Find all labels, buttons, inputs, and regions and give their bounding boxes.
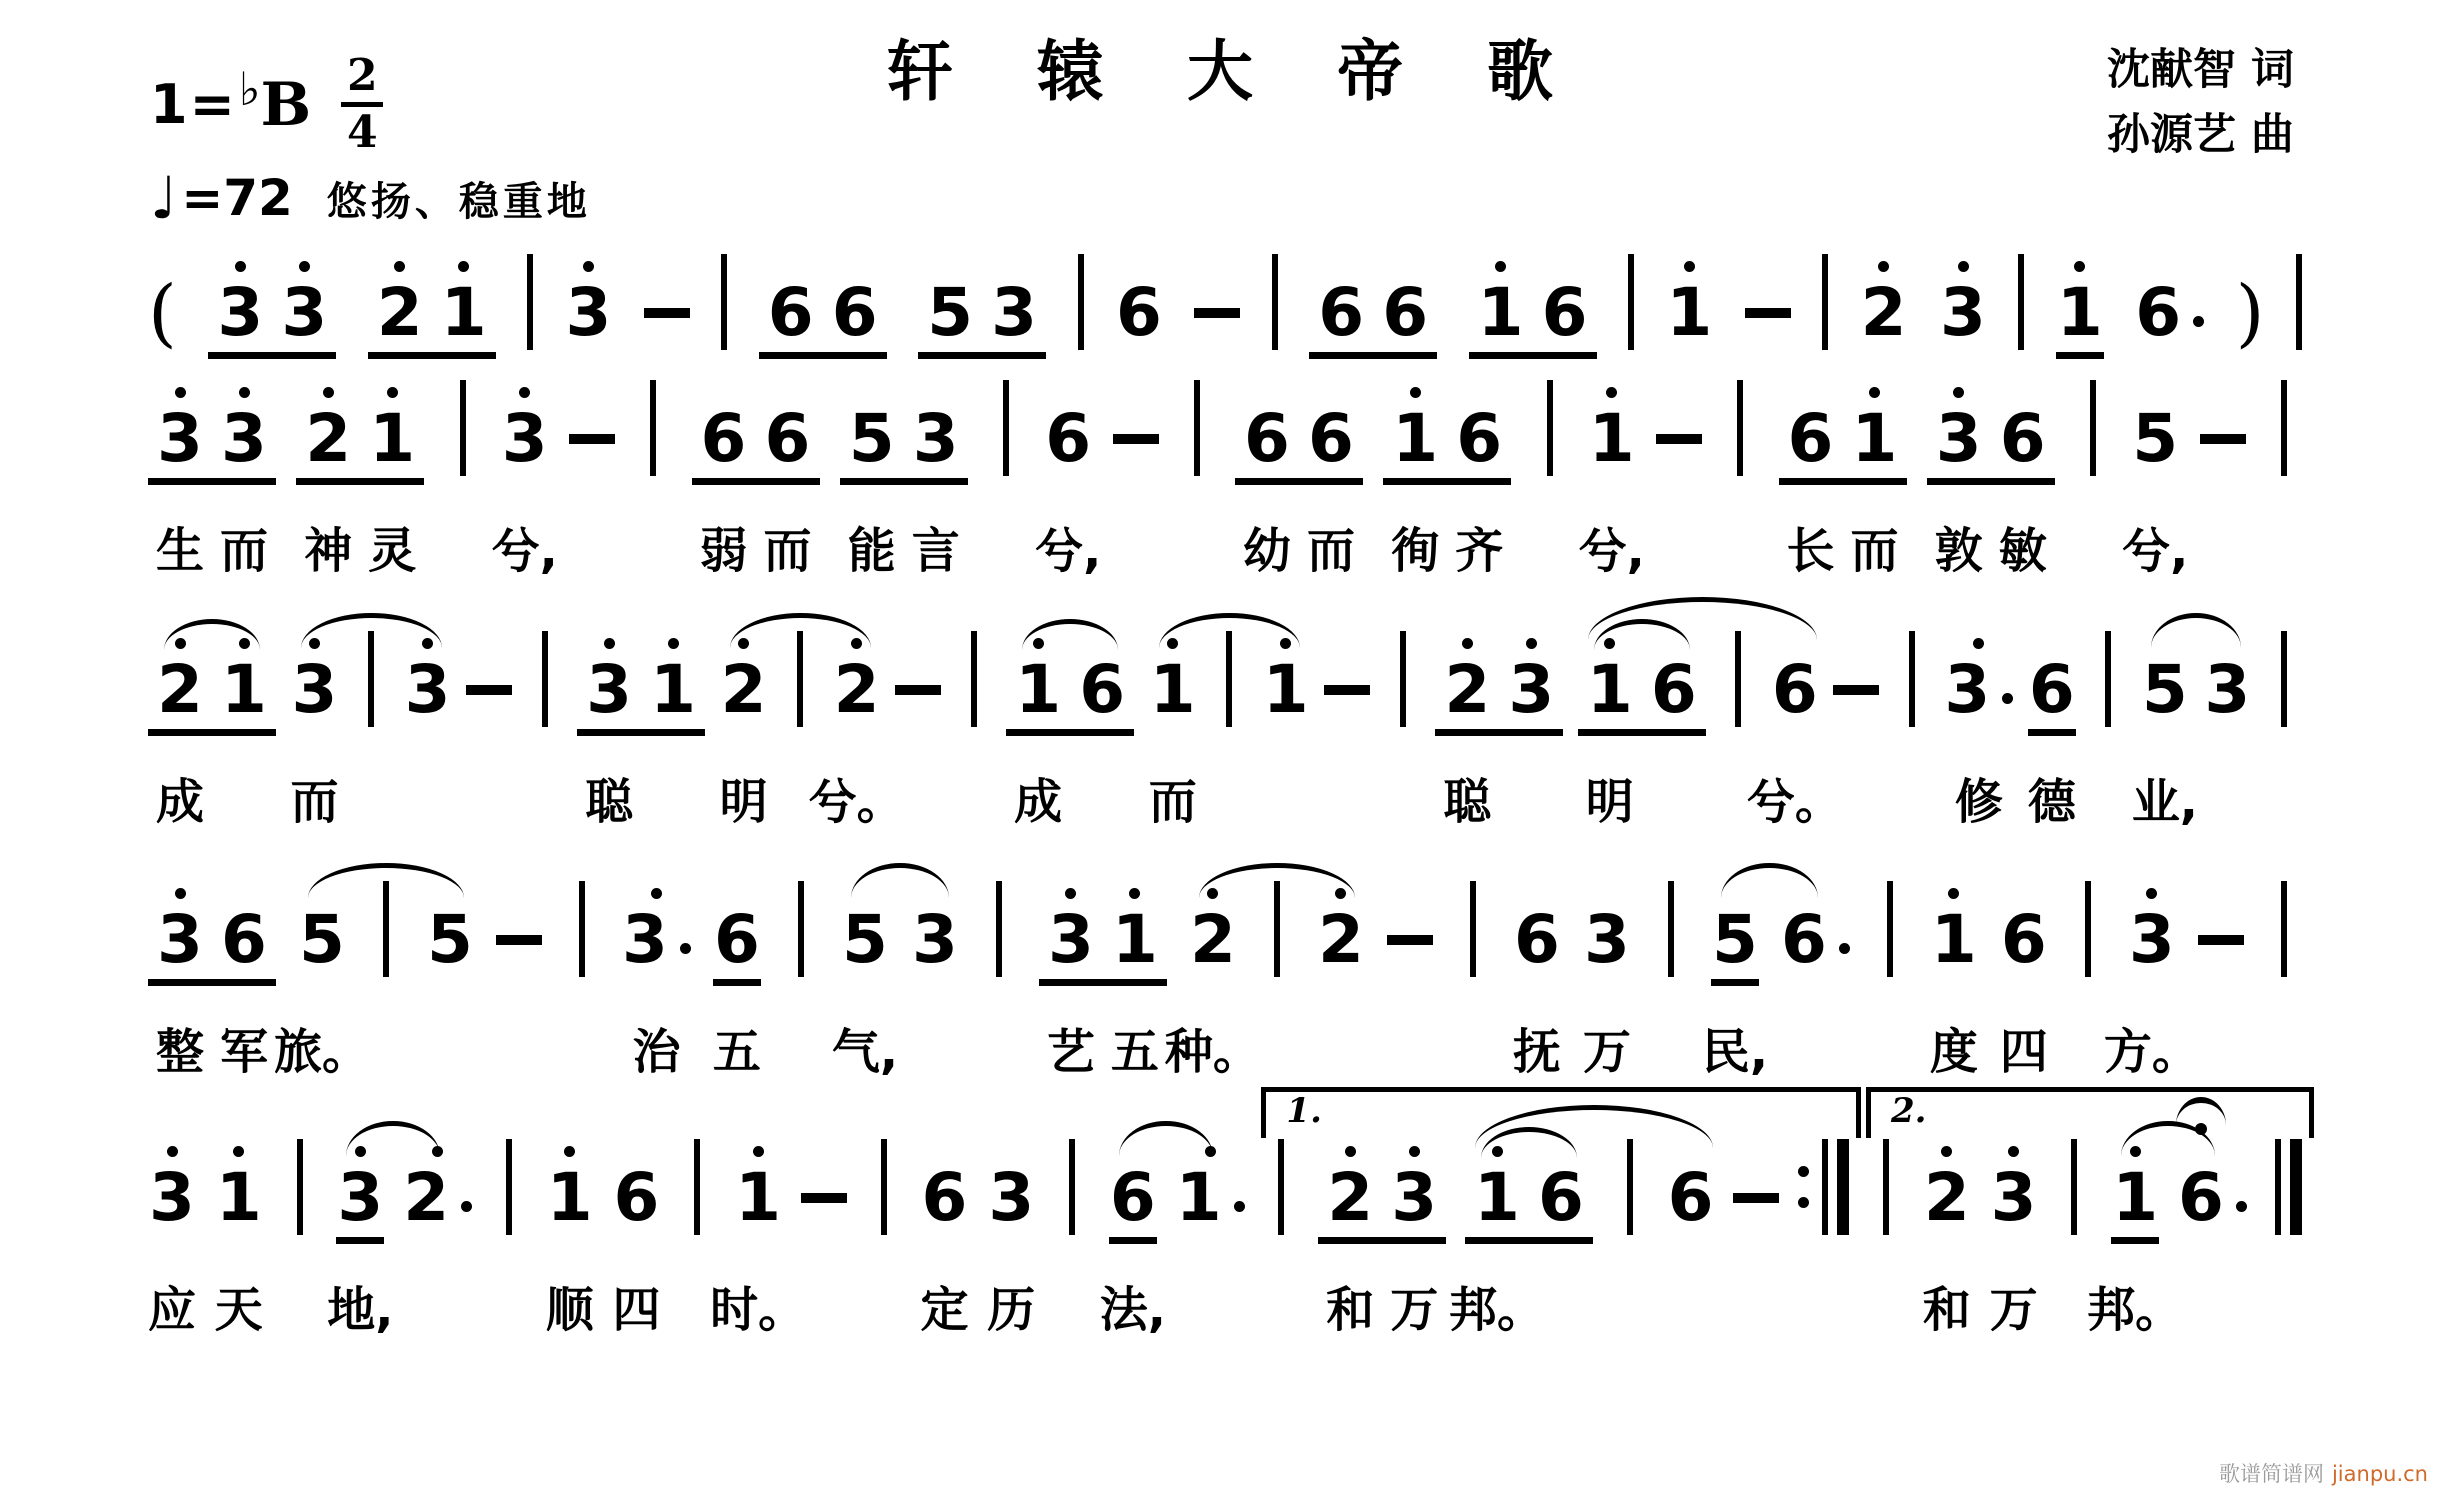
lyric-cell: 而 (291, 741, 339, 821)
note: 3历 (987, 1135, 1035, 1329)
octave-dot (1526, 638, 1537, 649)
dash-stroke (1194, 308, 1240, 318)
digit-row: 1 (1666, 276, 1712, 350)
group-note: 2 (1318, 1135, 1382, 1235)
note-digit: 3 (157, 903, 203, 977)
dash-stroke (801, 1193, 847, 1203)
lyric-cell: 五 (1103, 991, 1167, 1071)
note: 5气, (841, 877, 889, 1071)
lyric-cell (403, 1249, 472, 1329)
note-digit: 5 (2132, 402, 2178, 476)
digit-row: 6 (2000, 402, 2046, 476)
key-time-signature: 1= ♭ B 2 4 (150, 54, 383, 155)
lyric-syllable: 四 (613, 1271, 661, 1340)
lyric-cell: 种。 (1189, 991, 1237, 1071)
digit-row: 3 (157, 903, 203, 977)
lyric-cell: 四 (2000, 991, 2048, 1071)
octave-dot-zone (1606, 376, 1617, 402)
barline-stroke (721, 254, 727, 350)
lyric-cell: 而 (1299, 490, 1363, 570)
group-note: 3 (577, 627, 641, 727)
digit-row: 1 (650, 653, 696, 727)
note-digit: 3 (281, 276, 327, 350)
measure-row: 33生而21神灵3兮,66弱而53能言6兮,66幼而16徇齐1兮,61长而36敦… (148, 376, 2302, 570)
group-notes: 16 (1469, 250, 1597, 350)
group-note: 6 (759, 250, 823, 350)
note-digit: 2 (403, 1161, 449, 1235)
digit-row: 6 (614, 1161, 660, 1235)
octave-dot-zone (1878, 250, 1889, 276)
beam-zone (1435, 727, 1563, 741)
lyric-cell (1868, 1249, 1904, 1329)
note-digit: 1 (1392, 402, 1438, 476)
beamed-group: 23和万 (1318, 1135, 1446, 1329)
barline (1263, 1139, 1299, 1329)
slur-tie (1721, 863, 1818, 898)
note: 1兮, (1588, 376, 1636, 570)
lyric-cell: 成 (148, 741, 212, 821)
note-digit: 6 (832, 276, 878, 350)
digit-row: 6 (221, 903, 267, 977)
octave-dot (175, 888, 186, 899)
note-digit: 3 (292, 653, 338, 727)
lyric-cell (1387, 991, 1433, 1071)
note-digit: 6 (1788, 402, 1834, 476)
octave-dot (1129, 888, 1140, 899)
note-digit: 6 (1110, 1161, 1156, 1235)
digit-row: 6 (1542, 276, 1588, 350)
barline-stroke (1668, 881, 1674, 977)
group-note: 6 (692, 376, 756, 476)
note-digit: 6 (614, 1161, 660, 1235)
barline (1054, 1139, 1090, 1329)
octave-dot-zone (651, 877, 662, 903)
octave-dot-zone (2146, 877, 2157, 903)
dash-stroke (1656, 434, 1702, 444)
note-digit: 3 (502, 402, 548, 476)
lyric-cell (895, 741, 941, 821)
lyric-cell: 定 (921, 1249, 969, 1329)
note-digit: 1 (1852, 402, 1898, 476)
octave-dot (604, 638, 615, 649)
octave-dot (1495, 261, 1506, 272)
slur-tie (308, 863, 464, 898)
meter-denominator: 4 (347, 111, 378, 155)
note: 2明 (720, 627, 768, 821)
lyric-cell: 历 (987, 1249, 1035, 1329)
beam-underline (1465, 1237, 1593, 1244)
octave-dot (394, 261, 405, 272)
group-lyrics: 长而 (1779, 490, 1907, 570)
barline (1272, 254, 1278, 364)
lyric-cell: 方。 (2128, 991, 2176, 1071)
digit-row: 6 (2135, 276, 2204, 350)
lyric-cell: 而 (1149, 741, 1197, 821)
octave-dot-zone (235, 250, 246, 276)
barline (491, 1139, 527, 1329)
lyric-syllable: 顺 (546, 1271, 594, 1340)
octave-dot-zone (1958, 250, 1969, 276)
lyric-cell: 而 (1843, 490, 1907, 570)
barline-stroke (1278, 1139, 1284, 1235)
group-note: 1 (360, 376, 424, 476)
slur-tie (730, 613, 871, 648)
volta-bracket: 2. (1866, 1087, 2314, 1138)
flat-sign-icon: ♭ (239, 62, 261, 116)
beam-underline (692, 478, 820, 485)
lyric-cell: 整 (148, 991, 212, 1071)
note-digit: 3 (1944, 653, 1990, 727)
note-digit: 6 (2135, 276, 2181, 350)
repeat-end-barline (1798, 1139, 1849, 1329)
octave-dot (1462, 638, 1473, 649)
lyric-cell (527, 741, 563, 821)
dash-zone (466, 653, 512, 727)
beam-underline (1235, 478, 1363, 485)
tempo-line: ♩ =72 悠扬、稳重地 (150, 164, 591, 232)
note-digit: 1 (1015, 653, 1061, 727)
note: 2 (1860, 250, 1908, 364)
group-note: 6 (823, 250, 887, 350)
lyric-cell (1833, 741, 1879, 821)
dash-stroke (1113, 434, 1159, 444)
note-digit: 3 (1508, 653, 1554, 727)
beam-underline (148, 729, 276, 736)
lyric-cell (635, 490, 671, 570)
octave-dot (167, 1146, 178, 1157)
group-notes: 21 (296, 376, 424, 476)
lyric-cell (2198, 991, 2244, 1071)
note-digit: 3 (566, 276, 612, 350)
lyric-syllable: 万 (1390, 1271, 1438, 1340)
duration-dash (644, 276, 690, 364)
watermark-url: jianpu.cn (2332, 1462, 2428, 1486)
group-lyrics: 艺五 (1039, 991, 1167, 1071)
lyric-cell: 和 (1318, 1249, 1382, 1329)
digit-row: 6 (1788, 402, 1834, 476)
digit-row: 3 (1508, 653, 1554, 727)
octave-dot-zone (1410, 376, 1421, 402)
group-note: 3 (148, 877, 212, 977)
note-digit: 1 (1587, 653, 1633, 727)
beam-underline (1435, 729, 1563, 736)
note-digit: 3 (913, 402, 959, 476)
digit-row: 6 (1772, 653, 1818, 727)
digit-row: 6 (832, 276, 878, 350)
digit-row: 2 (1924, 1161, 1970, 1235)
lyric-cell: 兮, (2131, 490, 2179, 570)
digit-row: 1 (1150, 653, 1196, 727)
barline-stroke (1737, 380, 1743, 476)
octave-dot-zone (387, 376, 398, 402)
group-notes: 36 (148, 877, 276, 977)
barline (564, 881, 600, 1071)
beam-underline (368, 352, 496, 359)
note: 1邦。 (2111, 1135, 2159, 1329)
lyric-cell (1656, 490, 1702, 570)
note-digit: 1 (1150, 653, 1196, 727)
meter-numerator: 2 (347, 54, 378, 98)
slur-tie (164, 619, 260, 650)
lyric-cell: 德 (2028, 741, 2076, 821)
composer-credit: 孙源艺 曲 (2107, 103, 2294, 168)
duration-dash (895, 653, 941, 821)
beamed-group: 16成 (1006, 627, 1134, 821)
octave-dot (1953, 387, 1964, 398)
group-notes: 61 (1779, 376, 1907, 476)
group-lyrics: 和万 (1318, 1249, 1446, 1329)
digit-row: 3 (1944, 653, 2013, 727)
octave-dot (1973, 638, 1984, 649)
lyric-cell (1653, 991, 1689, 1071)
digit-row: 5 (927, 276, 973, 350)
note: 3 (1939, 250, 1987, 364)
lyric-cell (368, 991, 404, 1071)
barline-stroke (2281, 380, 2287, 476)
octave-dot (2008, 1146, 2019, 1157)
note-digit: 2 (1318, 903, 1364, 977)
lyric-cell: 徇 (1383, 490, 1447, 570)
barline-stroke (694, 1139, 700, 1235)
dash-stroke (496, 935, 542, 945)
group-notes: 31 (577, 627, 705, 727)
octave-dot-zone (2008, 1135, 2019, 1161)
lyric-syllable: 定 (920, 1271, 968, 1340)
note-digit: 1 (2112, 1161, 2158, 1235)
quarter-note-icon: ♩ (150, 164, 177, 232)
beam-zone (1318, 1235, 1446, 1249)
note: 6 (1115, 250, 1163, 364)
song-title: 轩辕大帝歌 (803, 18, 1637, 113)
note-digit: 5 (427, 903, 473, 977)
final-barline (2266, 1139, 2302, 1329)
note-digit: 5 (849, 402, 895, 476)
lyric-cell (466, 741, 512, 821)
underline-zone (2111, 1235, 2159, 1249)
note: 5民, (1711, 877, 1759, 1071)
beamed-group: 53 (918, 250, 1046, 364)
note: 3方。 (2128, 877, 2176, 1071)
beam-zone (1469, 350, 1597, 364)
note: 6五 (713, 877, 761, 1071)
digit-row: 1 (216, 1161, 262, 1235)
group-note: 6 (1373, 250, 1437, 350)
dash-zone (895, 653, 941, 727)
digit-row: 2 (157, 653, 203, 727)
lyric-cell (2266, 991, 2302, 1071)
note-digit: 6 (1781, 903, 1827, 977)
system-line: 3应1天3地,21顺6四1时。6定3历6法,123和万16邦。62和3万1邦。6… (148, 1071, 2302, 1329)
note: 6法, (1109, 1135, 1157, 1329)
lyric-cell (2200, 490, 2246, 570)
lyric-cell (1259, 991, 1295, 1071)
note-digit: 5 (2142, 653, 2188, 727)
digit-row: 2 (1861, 276, 1907, 350)
barline-stroke (2090, 380, 2096, 476)
digit-row: 1 (1015, 653, 1061, 727)
digit-row: 6 (765, 402, 811, 476)
lyric-cell (1667, 1249, 1715, 1329)
lyric-cell (2266, 741, 2302, 821)
thin-barline (1822, 1139, 1828, 1235)
tempo-value: =72 (181, 169, 292, 227)
note-digit: 6 (1045, 402, 1091, 476)
note-digit: 3 (1991, 1161, 2037, 1235)
lyric-cell (1894, 741, 1930, 821)
eighth-underline (2056, 352, 2104, 359)
octave-dot (1869, 387, 1880, 398)
barline (2266, 631, 2302, 821)
beamed-group: 21成 (148, 627, 276, 821)
system-line: 33生而21神灵3兮,66弱而53能言6兮,66幼而16徇齐1兮,61长而36敦… (148, 364, 2302, 570)
note: 3 (565, 250, 613, 364)
barline (1532, 380, 1568, 570)
barline-stroke (1194, 380, 1200, 476)
barline-stroke (1628, 254, 1634, 350)
duration-dash (496, 903, 542, 1071)
barline-stroke (542, 631, 548, 727)
note-digit: 3 (1391, 1161, 1437, 1235)
beam-zone (148, 977, 276, 991)
dash-zone (1833, 653, 1879, 727)
note-digit: 6 (768, 276, 814, 350)
group-note: 3 (1927, 376, 1991, 476)
augmentation-dot (1234, 1201, 1245, 1212)
note-digit: 5 (1712, 903, 1758, 977)
digit-row: 6 (1382, 276, 1428, 350)
slur-tie (1199, 863, 1355, 898)
group-note: 3 (208, 250, 272, 350)
barline (981, 881, 1017, 1071)
note: 2 (403, 1135, 472, 1329)
group-notes: 53 (840, 376, 968, 476)
beam-underline (1006, 729, 1134, 736)
group-lyrics: 邦。 (1465, 1249, 1593, 1329)
note-digit: 3 (912, 903, 958, 977)
digit-row: 1 (1931, 903, 1977, 977)
octave-dot (564, 1146, 575, 1157)
beamed-group: 31聪 (577, 627, 705, 821)
digit-row: 3 (622, 903, 691, 977)
octave-dot-zone (519, 376, 530, 402)
digit-row: 3 (149, 1161, 195, 1235)
barline-stroke (1069, 1139, 1075, 1235)
beam-underline (208, 352, 336, 359)
beam-underline (1469, 352, 1597, 359)
digit-row: 1 (2057, 276, 2103, 350)
watermark: 歌谱简谱网jianpu.cn (2219, 1458, 2428, 1488)
barline-stroke (2018, 254, 2024, 350)
beam-zone (1006, 727, 1134, 741)
octave-dot-zone (1129, 877, 1140, 903)
digit-row: 1 (369, 402, 415, 476)
note-digit: 6 (922, 1161, 968, 1235)
dash-zone (1387, 903, 1433, 977)
lyric-cell (988, 490, 1024, 570)
digit-row: 2 (1327, 1161, 1373, 1235)
barline-stroke (1470, 881, 1476, 977)
group-notes: 66 (759, 250, 887, 350)
barline (527, 631, 563, 821)
beam-zone (759, 350, 887, 364)
barline-stroke (579, 881, 585, 977)
slur-tie (1119, 1121, 1213, 1156)
note-digit: 6 (701, 402, 747, 476)
digit-row: 1 (1478, 276, 1524, 350)
lyric-cell (2070, 991, 2106, 1071)
octave-dot-zone (1941, 1135, 1952, 1161)
lyric-cell (1612, 1249, 1648, 1329)
dash-stroke (2198, 935, 2244, 945)
lyric-cell: 度 (1930, 991, 1978, 1071)
lyric-cell: 抚 (1513, 991, 1561, 1071)
group-lyrics: 聪 (1435, 741, 1563, 821)
digit-row: 6 (1110, 1161, 1156, 1235)
lyric-cell (1211, 741, 1247, 821)
digit-row: 3 (1936, 402, 1982, 476)
group-note: 6 (212, 877, 276, 977)
lyric-cell (2266, 490, 2302, 570)
barline (1455, 881, 1491, 1071)
group-note: 6 (1991, 376, 2055, 476)
octave-dot-zone (1973, 627, 1984, 653)
group-note: 3 (1499, 627, 1563, 727)
digit-row: 2 (377, 276, 423, 350)
lyric-cell: 地, (336, 1249, 384, 1329)
duration-dash (1194, 276, 1240, 364)
digit-row: 6 (1781, 903, 1850, 977)
eighth-underline (713, 979, 761, 986)
octave-dot-zone (1948, 877, 1959, 903)
note-digit: 6 (1244, 402, 1290, 476)
octave-dot-zone (299, 250, 310, 276)
digit-row: 3 (292, 653, 338, 727)
note: 3修 (1944, 627, 2013, 821)
octave-dot (233, 1146, 244, 1157)
lyric-syllable: 邦。 (2087, 1271, 2183, 1340)
octave-dot-zone (2074, 250, 2085, 276)
note-digit: 2 (721, 653, 767, 727)
note: 6兮, (1044, 376, 1092, 570)
beam-underline (1578, 729, 1706, 736)
lyric-cell: 明 (1578, 741, 1642, 821)
lyric-cell: 长 (1779, 490, 1843, 570)
barline (1868, 1139, 1904, 1329)
lyric-cell: 邦。 (2111, 1249, 2159, 1329)
thick-barline (2290, 1139, 2302, 1235)
dash-zone (1324, 653, 1370, 727)
slur-tie (851, 863, 949, 898)
augmentation-dot (680, 943, 691, 954)
lyric-cell (1499, 741, 1563, 821)
augmentation-dot (461, 1201, 472, 1212)
octave-dot (2074, 261, 2085, 272)
note-digit: 3 (1048, 903, 1094, 977)
duration-dash (1113, 402, 1159, 570)
beam-underline (1309, 352, 1437, 359)
dash-zone (496, 903, 542, 977)
beamed-group: 36敦敏 (1927, 376, 2055, 570)
digit-row: 5 (299, 903, 345, 977)
group-lyrics: 能言 (840, 490, 968, 570)
note: 3万 (1990, 1135, 2038, 1329)
group-note: 6 (1533, 250, 1597, 350)
barline-stroke (1078, 254, 1084, 350)
note-digit: 1 (1263, 653, 1309, 727)
digit-row: 5 (2132, 402, 2178, 476)
note-digit: 1 (650, 653, 696, 727)
note-digit: 2 (377, 276, 423, 350)
